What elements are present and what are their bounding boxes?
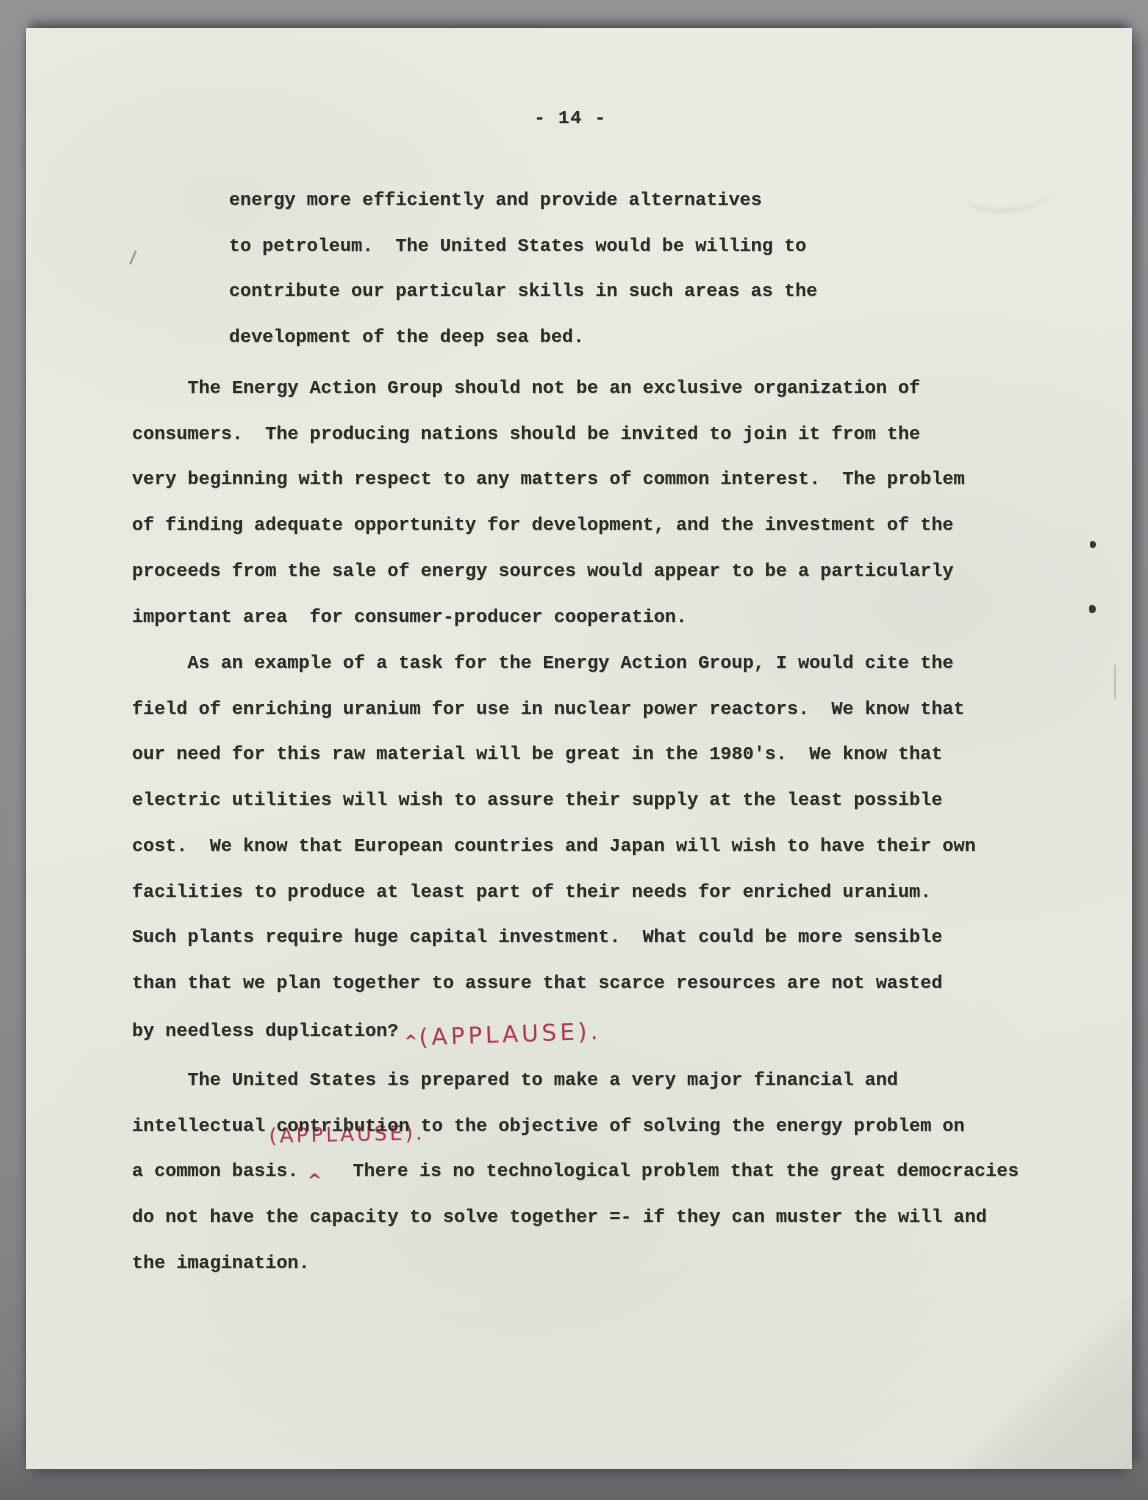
text-line: field of enriching uranium for use in nu… <box>132 687 976 733</box>
paper-mark <box>1114 665 1116 699</box>
insertion-caret: ^ <box>299 1159 331 1205</box>
text-line: important area for consumer-producer coo… <box>132 595 965 641</box>
photo-background: - 14 - energy more efficiently and provi… <box>0 0 1148 1500</box>
text-line: intellectual contribution to the objecti… <box>132 1104 1019 1150</box>
stray-pencil-mark <box>129 250 137 265</box>
text-line: than that we plan together to assure tha… <box>132 961 976 1007</box>
text-line: to petroleum. The United States would be… <box>229 224 817 270</box>
page-number: - 14 - <box>534 108 607 129</box>
text-line-fragment: a common basis. <box>132 1161 299 1182</box>
ink-speck <box>1089 605 1096 613</box>
text-line: by needless duplication?^(APPLAUSE). <box>132 1007 976 1055</box>
text-line-fragment: There is no technological problem that t… <box>331 1161 1019 1182</box>
text-line: proceeds from the sale of energy sources… <box>132 549 965 595</box>
text-line: As an example of a task for the Energy A… <box>132 641 976 687</box>
text-line-fragment: by needless duplication? <box>132 1021 398 1042</box>
text-line: of finding adequate opportunity for deve… <box>132 503 965 549</box>
text-line: cost. We know that European countries an… <box>132 824 976 870</box>
document-page: - 14 - energy more efficiently and provi… <box>26 28 1132 1469</box>
text-line: contribute our particular skills in such… <box>229 269 817 315</box>
ink-speck <box>1090 541 1096 548</box>
text-line: consumers. The producing nations should … <box>132 412 965 458</box>
text-line: facilities to produce at least part of t… <box>132 870 976 916</box>
text-line: the imagination. <box>132 1241 1019 1287</box>
text-line: do not have the capacity to solve togeth… <box>132 1195 1019 1241</box>
text-line: very beginning with respect to any matte… <box>132 457 965 503</box>
handwritten-applause-annotation: (APPLAUSE). <box>418 1009 602 1061</box>
text-line: The Energy Action Group should not be an… <box>132 366 965 412</box>
paper-corner-fold <box>942 1299 1132 1469</box>
paragraph: The United States is prepared to make a … <box>132 1058 1019 1287</box>
text-line: Such plants require huge capital investm… <box>132 915 976 961</box>
paragraph: As an example of a task for the Energy A… <box>132 641 976 1054</box>
text-line: The United States is prepared to make a … <box>132 1058 1019 1104</box>
indented-quote-block: energy more efficiently and provide alte… <box>229 178 817 361</box>
text-line: energy more efficiently and provide alte… <box>229 178 817 224</box>
text-line: our need for this raw material will be g… <box>132 732 976 778</box>
text-line: electric utilities will wish to assure t… <box>132 778 976 824</box>
text-line: a common basis.^ There is no technologic… <box>132 1149 1019 1195</box>
paragraph: The Energy Action Group should not be an… <box>132 366 965 640</box>
insertion-caret: ^ <box>404 1032 417 1050</box>
text-line: development of the deep sea bed. <box>229 315 817 361</box>
paper-crease-smudge <box>964 168 1054 212</box>
